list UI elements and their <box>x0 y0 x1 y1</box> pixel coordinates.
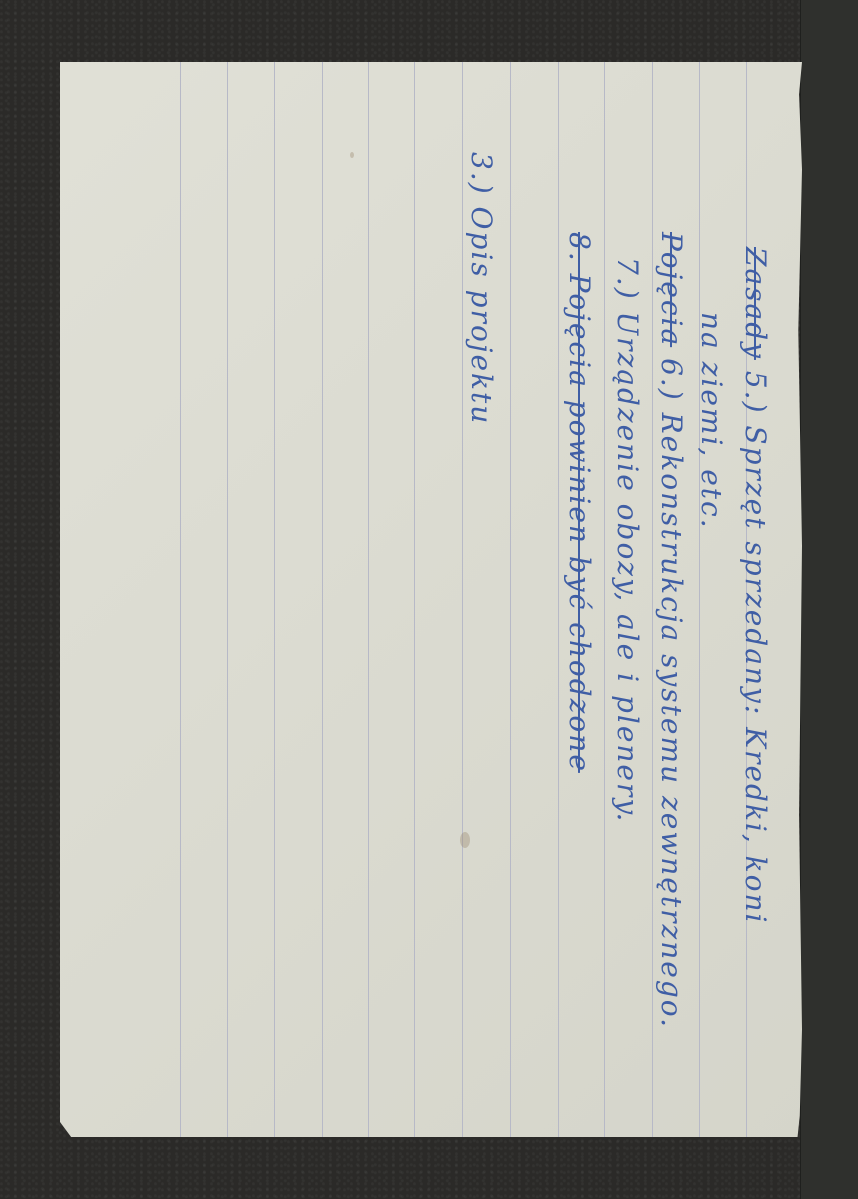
note-line-item-5: Zasady 5.) Sprzęt sprzedany: Kredki, kon… <box>739 247 772 925</box>
paper-mark <box>350 152 354 158</box>
paper-mark <box>460 832 470 848</box>
binder-edge <box>800 0 858 1199</box>
line-text: 6.) Rekonstrukcja systemu zewnętrznego. <box>655 358 688 1029</box>
line-text: 5.) Sprzęt sprzedany: Kredki, koni <box>739 371 772 925</box>
note-line-item-8-struck: 8. Pojęcia powinien być chodzone <box>563 232 596 773</box>
note-line-item-6: Pojęcia 6.) Rekonstrukcja systemu zewnęt… <box>655 232 688 1029</box>
ruled-line <box>414 62 415 1137</box>
ruled-line <box>604 62 605 1137</box>
ruled-line <box>558 62 559 1137</box>
line-text: na ziemi, etc. <box>695 312 728 530</box>
ruled-line <box>462 62 463 1137</box>
ruled-line <box>180 62 181 1137</box>
paper-sheet: Zasady 5.) Sprzęt sprzedany: Kredki, kon… <box>60 62 802 1137</box>
ruled-line <box>322 62 323 1137</box>
note-line-item-5-continued: na ziemi, etc. <box>695 312 728 530</box>
line-text: 7.) Urządzenie obozy, ale i plenery. <box>611 257 644 823</box>
ruled-line <box>652 62 653 1137</box>
line-text: 8. Pojęcia powinien być chodzone <box>563 232 596 773</box>
ruled-line <box>368 62 369 1137</box>
line-text: 3.) Opis projektu <box>465 152 498 425</box>
struck-word: Zasady <box>739 247 772 360</box>
ruled-line <box>227 62 228 1137</box>
note-line-item-3: 3.) Opis projektu <box>465 152 498 425</box>
struck-word: Pojęcia <box>655 232 688 347</box>
ruled-line <box>699 62 700 1137</box>
note-line-item-7: 7.) Urządzenie obozy, ale i plenery. <box>611 257 644 823</box>
ruled-line <box>274 62 275 1137</box>
ruled-line <box>510 62 511 1137</box>
